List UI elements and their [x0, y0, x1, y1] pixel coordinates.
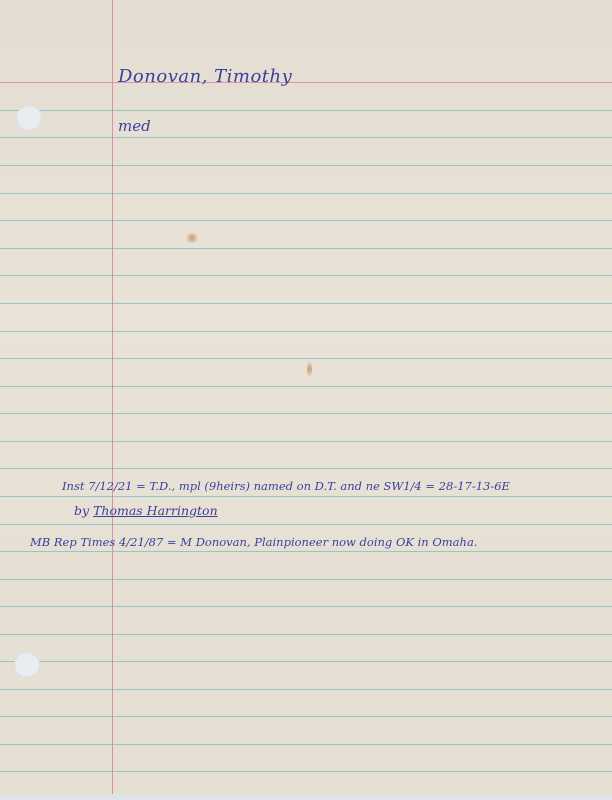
blue-rule [0, 468, 612, 469]
blue-rule [0, 551, 612, 552]
blue-rule [0, 193, 612, 194]
blue-rule [0, 358, 612, 359]
blue-rule [0, 413, 612, 414]
blue-rule [0, 110, 612, 111]
blue-rule [0, 275, 612, 276]
stain-mark [307, 360, 312, 378]
blue-rule [0, 606, 612, 607]
blue-rule [0, 165, 612, 166]
blue-rule [0, 331, 612, 332]
blue-rule [0, 634, 612, 635]
blue-rule [0, 744, 612, 745]
blue-rule [0, 716, 612, 717]
record-name: Donovan, Timothy [118, 66, 292, 87]
stain-mark [186, 233, 198, 243]
blue-rule [0, 661, 612, 662]
blue-rule [0, 496, 612, 497]
record-code: med [118, 117, 151, 135]
top-red-rule [0, 82, 612, 83]
note-line-2: by Thomas Harrington [74, 503, 218, 518]
blue-rule [0, 441, 612, 442]
note-line-2-prefix: by [74, 503, 89, 518]
left-margin-line [112, 0, 113, 800]
punch-hole-top [16, 105, 42, 131]
blue-rule [0, 771, 612, 772]
notebook-page: Donovan, Timothy med Inst 7/12/21 = T.D.… [0, 0, 612, 800]
blue-rule [0, 220, 612, 221]
blue-rule [0, 137, 612, 138]
blue-rule [0, 689, 612, 690]
note-line-1: Inst 7/12/21 = T.D., mpl (9heirs) named … [62, 479, 510, 493]
underlined-name: Thomas Harrington [93, 503, 218, 518]
blue-rule [0, 579, 612, 580]
blue-rule [0, 303, 612, 304]
blue-rule [0, 248, 612, 249]
punch-hole-bottom [14, 652, 40, 678]
blue-rule [0, 524, 612, 525]
note-line-3: MB Rep Times 4/21/87 = M Donovan, Plainp… [30, 535, 477, 549]
page-bottom-edge [0, 794, 612, 800]
blue-rule [0, 386, 612, 387]
